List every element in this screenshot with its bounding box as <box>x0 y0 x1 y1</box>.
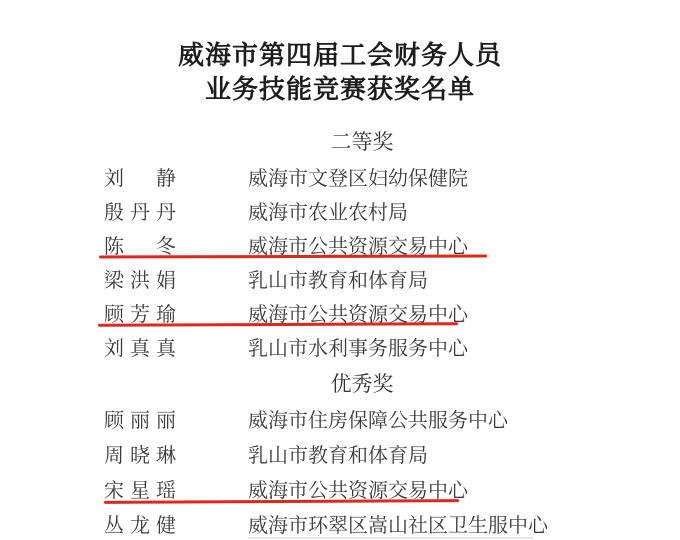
winner-organization: 乳山市教育和体育局 <box>248 264 680 293</box>
section-second-prize: 刘 静 威海市文登区妇幼保健院 殷丹丹 威海市农业农村局 陈 冬 威海市公共资源… <box>0 159 680 363</box>
winner-organization: 威海市文登区妇幼保健院 <box>248 162 680 191</box>
winner-name: 陈 冬 <box>104 230 248 259</box>
winner-organization: 乳山市水利事务服务中心 <box>248 332 680 361</box>
winner-name: 刘 静 <box>104 162 248 191</box>
scan-edge-artifact-line <box>248 537 533 539</box>
winner-name: 刘真真 <box>104 332 248 361</box>
winner-name: 丛龙健 <box>104 509 248 538</box>
winner-organization: 威海市环翠区嵩山社区卫生服中心 <box>248 509 680 538</box>
winner-organization: 威海市住房保障公共服务中心 <box>248 404 680 433</box>
winner-name: 顾丽丽 <box>104 404 248 433</box>
section-header-second-prize: 二等奖 <box>22 125 680 159</box>
winner-name: 殷丹丹 <box>104 196 248 225</box>
winner-organization: 威海市公共资源交易中心 <box>248 474 680 503</box>
award-row: 陈 冬 威海市公共资源交易中心 <box>0 227 680 261</box>
winner-name: 顾芳瑜 <box>104 298 248 327</box>
section-excellence-award: 顾丽丽 威海市住房保障公共服务中心 周晓琳 乳山市教育和体育局 宋星瑶 威海市公… <box>0 401 680 540</box>
award-row: 顾丽丽 威海市住房保障公共服务中心 <box>0 401 680 436</box>
award-row: 刘 静 威海市文登区妇幼保健院 <box>0 159 680 193</box>
document-title: 威海市第四届工会财务人员 业务技能竞赛获奖名单 <box>0 0 680 107</box>
award-row: 丛龙健 威海市环翠区嵩山社区卫生服中心 <box>0 506 680 540</box>
award-row: 殷丹丹 威海市农业农村局 <box>0 193 680 227</box>
award-row: 梁洪娟 乳山市教育和体育局 <box>0 261 680 295</box>
winner-organization: 威海市农业农村局 <box>248 196 680 225</box>
section-header-excellence-award: 优秀奖 <box>22 367 680 401</box>
award-row: 宋星瑶 威海市公共资源交易中心 <box>0 471 680 506</box>
winner-organization: 乳山市教育和体育局 <box>248 439 680 468</box>
award-document-page: 威海市第四届工会财务人员 业务技能竞赛获奖名单 二等奖 刘 静 威海市文登区妇幼… <box>0 0 680 540</box>
award-row: 周晓琳 乳山市教育和体育局 <box>0 436 680 471</box>
winner-name: 宋星瑶 <box>104 474 248 503</box>
award-row: 刘真真 乳山市水利事务服务中心 <box>0 329 680 363</box>
winner-name: 周晓琳 <box>104 439 248 468</box>
document-title-line2: 业务技能竞赛获奖名单 <box>0 73 680 107</box>
winner-name: 梁洪娟 <box>104 264 248 293</box>
red-underline-mark <box>104 499 459 504</box>
document-title-line1: 威海市第四届工会财务人员 <box>0 39 680 73</box>
award-row: 顾芳瑜 威海市公共资源交易中心 <box>0 295 680 329</box>
